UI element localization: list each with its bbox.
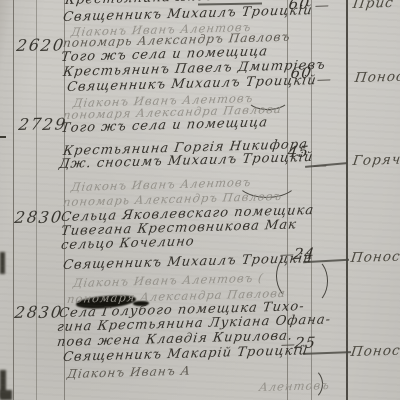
cause-of-death: Поносъ	[354, 68, 400, 86]
cause-of-death: Горячка	[352, 151, 400, 169]
entry-number: 26	[16, 35, 43, 55]
entry-number: 27	[18, 114, 45, 134]
empty-cell-dash: —	[314, 0, 331, 14]
manuscript-page: 2620272928302830Крестьянина Якова Климов…	[0, 0, 400, 400]
entry-number: 28	[14, 207, 41, 227]
column-rule-bold	[346, 0, 348, 400]
record-text: Алентовъ	[258, 378, 331, 394]
page-edge-mark	[0, 390, 12, 400]
cause-of-death: Поносъ	[350, 342, 400, 360]
page-edge-mark	[0, 252, 5, 274]
entry-number: 28	[14, 302, 41, 322]
cause-of-death: Прис	[352, 0, 395, 12]
empty-cell-dash: —	[312, 158, 329, 174]
page-edge-mark	[0, 136, 6, 138]
cause-of-death: Поносъ	[350, 248, 400, 266]
record-text: сельцо Кочелино	[60, 234, 196, 253]
pen-stroke	[303, 351, 351, 354]
record-text: Діаконъ Иванъ А	[66, 364, 192, 381]
column-rule	[13, 0, 14, 400]
column-rule	[36, 0, 37, 400]
empty-cell-dash: —	[316, 72, 333, 88]
